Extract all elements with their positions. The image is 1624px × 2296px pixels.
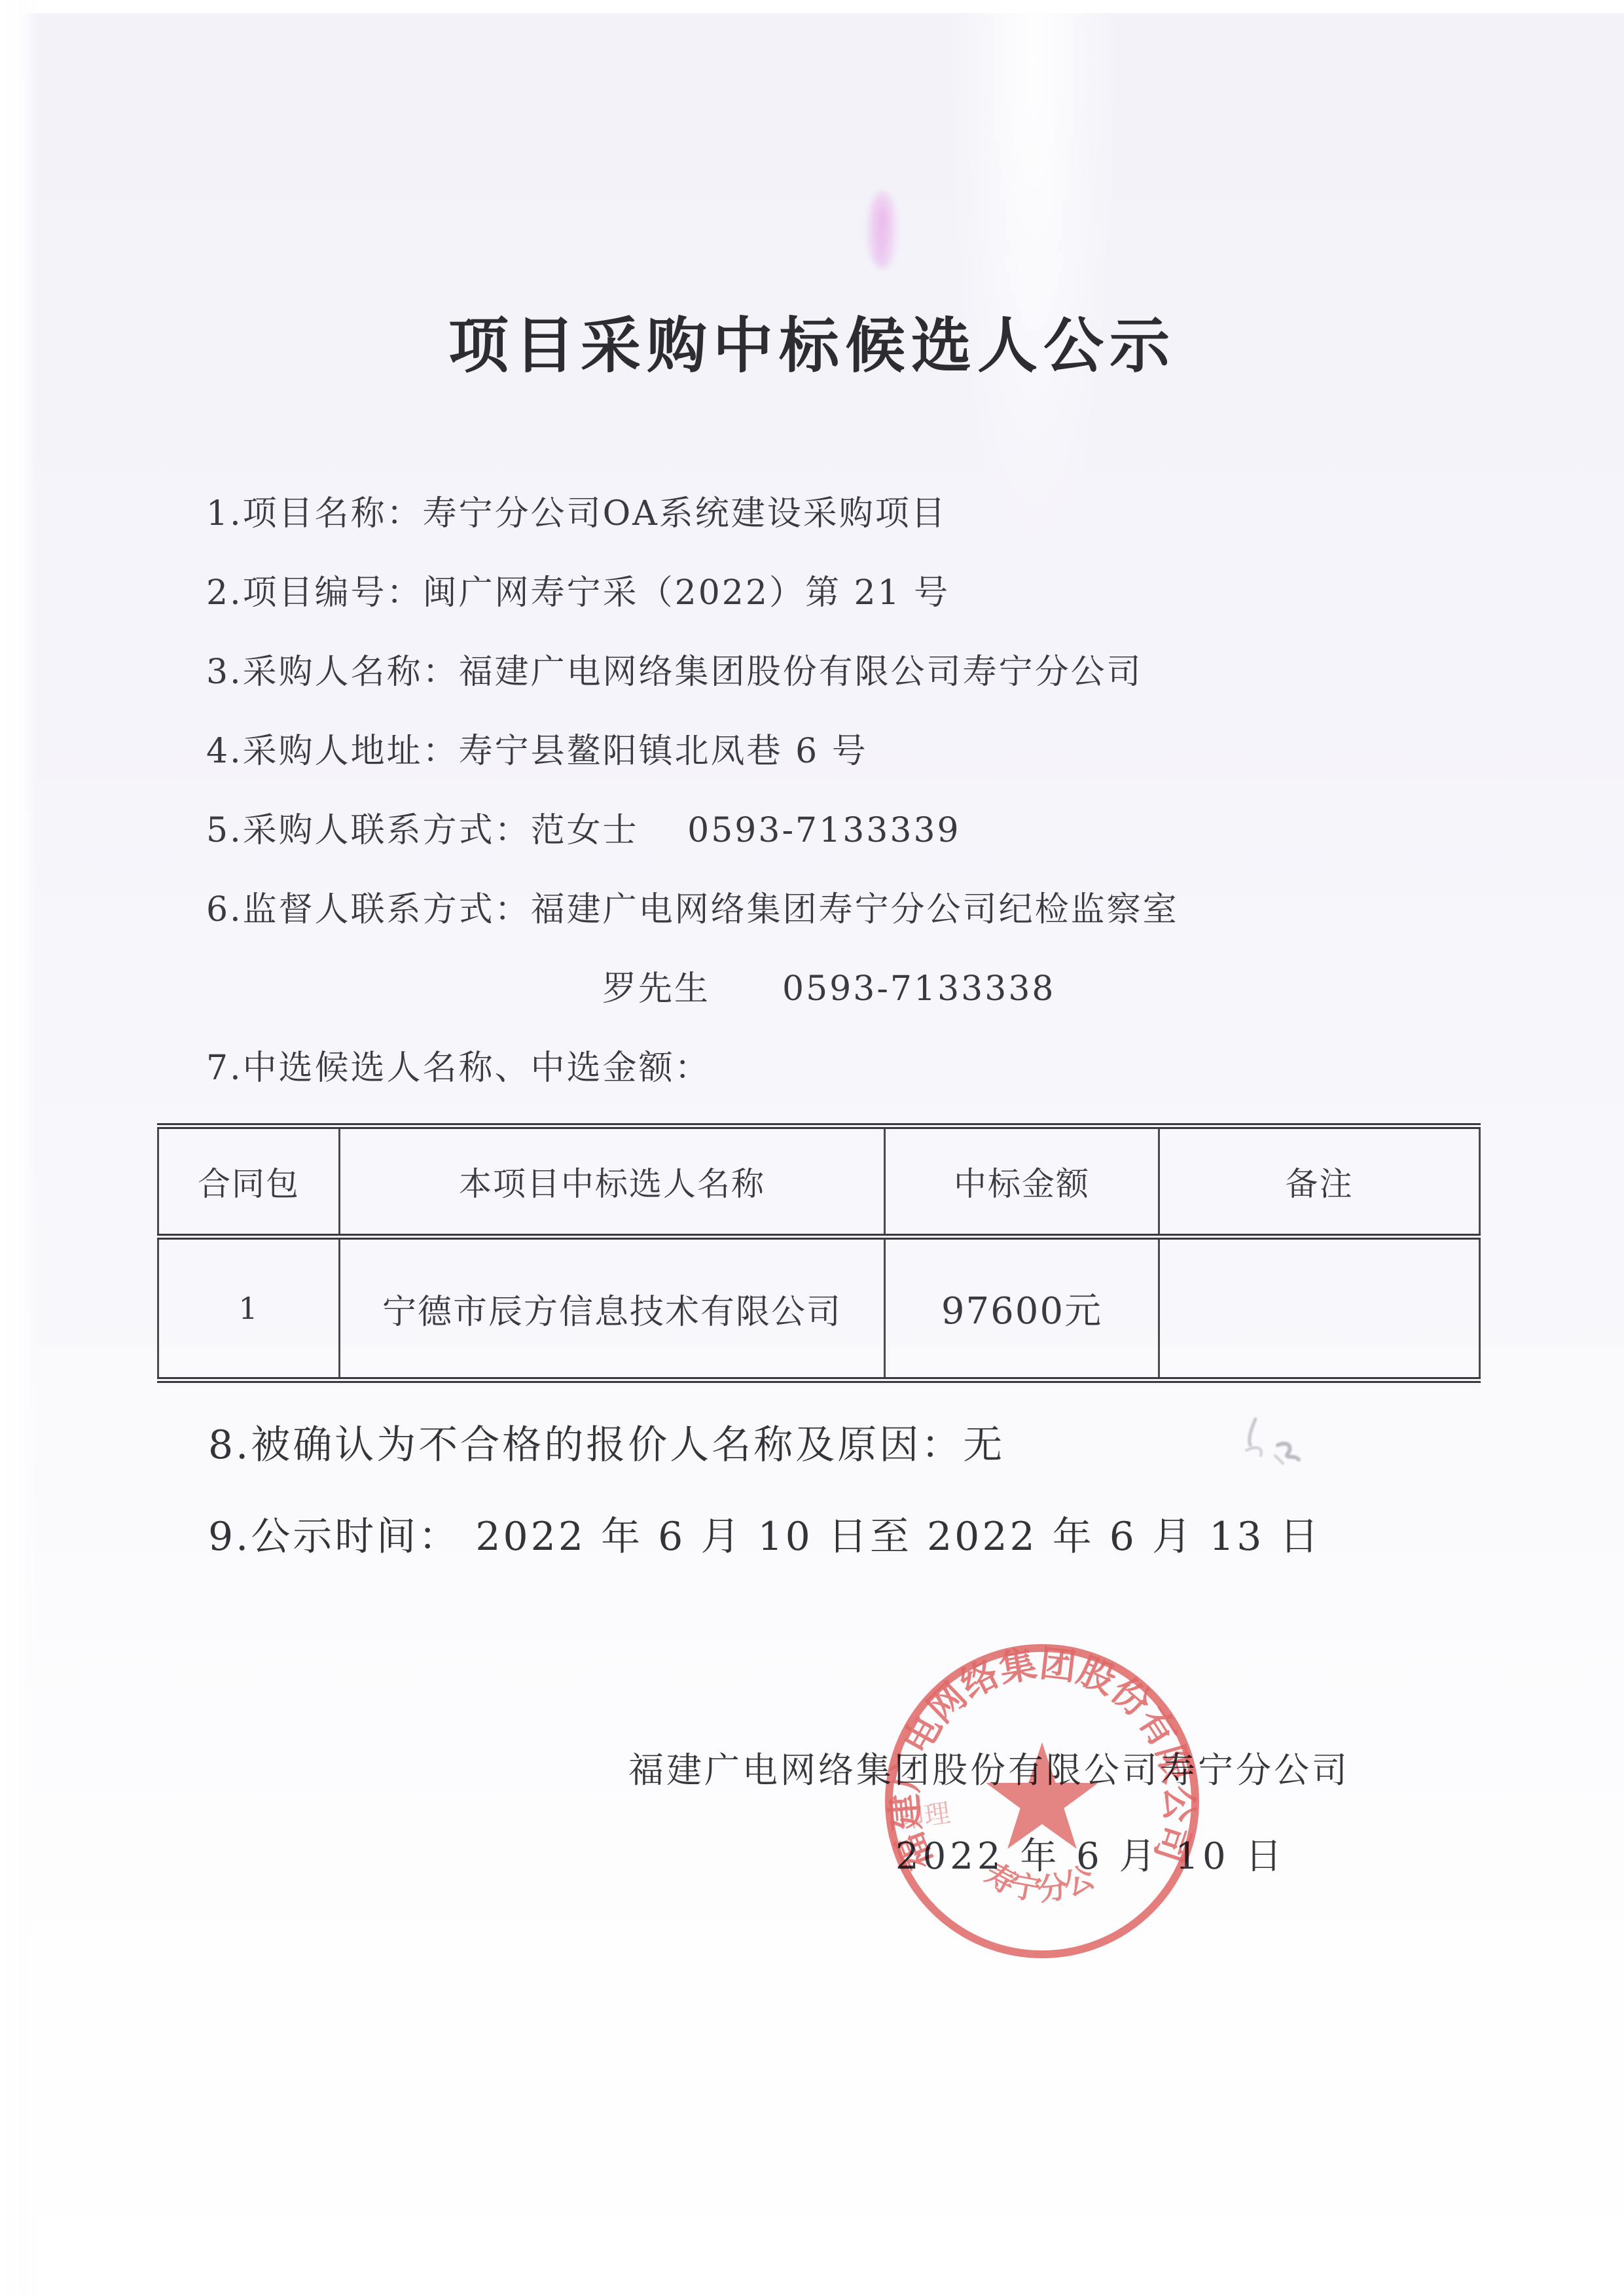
header-winner-name: 本项目中标选人名称 [340,1126,885,1237]
table-row: 1 宁德市辰方信息技术有限公司 97600元 [158,1237,1480,1380]
header-contract-package: 合同包 [158,1126,340,1237]
scan-edge-top [0,0,1624,13]
item-purchaser-name: 3.采购人名称：福建广电网络集团股份有限公司寿宁分公司 [206,644,1143,693]
header-bid-amount: 中标金额 [885,1126,1159,1237]
item-project-name: 1.项目名称：寿宁分公司OA系统建设采购项目 [206,486,947,535]
item-publicity-period: 9.公示时间： 2022 年 6 月 10 日至 2022 年 6 月 13 日 [208,1505,1322,1562]
item-supervisor-contact-cont: 罗先生 0593-7133338 [602,961,1056,1010]
pink-ink-smudge [865,191,899,268]
scan-sheen [949,0,1119,589]
cell-remark [1159,1237,1480,1380]
item-project-number: 2.项目编号：闽广网寿宁采（2022）第 21 号 [206,565,950,614]
pencil-smudge [1237,1407,1316,1479]
seal-star-icon [986,1742,1098,1849]
scanned-page: 项目采购中标候选人公示 1.项目名称：寿宁分公司OA系统建设采购项目 2.项目编… [0,0,1624,2296]
item-disqualified-bidders: 8.被确认为不合格的报价人名称及原因：无 [208,1414,1005,1470]
table-header-row: 合同包 本项目中标选人名称 中标金额 备注 [158,1126,1480,1237]
cell-contract-package: 1 [158,1237,340,1380]
page-title: 项目采购中标候选人公示 [0,298,1624,384]
item-purchaser-address: 4.采购人地址：寿宁县鳌阳镇北凤巷 6 号 [206,723,868,772]
company-seal: 福建广电网络集团股份有限公司 寿宁分公司 印理 [859,1618,1225,1984]
item-purchaser-contact: 5.采购人联系方式：范女士 0593-7133339 [206,802,961,852]
bid-result-table: 合同包 本项目中标选人名称 中标金额 备注 1 宁德市辰方信息技术有限公司 97… [157,1123,1481,1383]
item-candidates-heading: 7.中选候选人名称、中选金额： [206,1040,711,1089]
seal-inner-mark: 印理 [896,1798,952,1835]
cell-bid-amount: 97600元 [885,1237,1159,1380]
item-supervisor-contact: 6.监督人联系方式：福建广电网络集团寿宁分公司纪检监察室 [206,882,1179,931]
cell-winner-name: 宁德市辰方信息技术有限公司 [340,1237,885,1380]
header-remark: 备注 [1159,1126,1480,1237]
